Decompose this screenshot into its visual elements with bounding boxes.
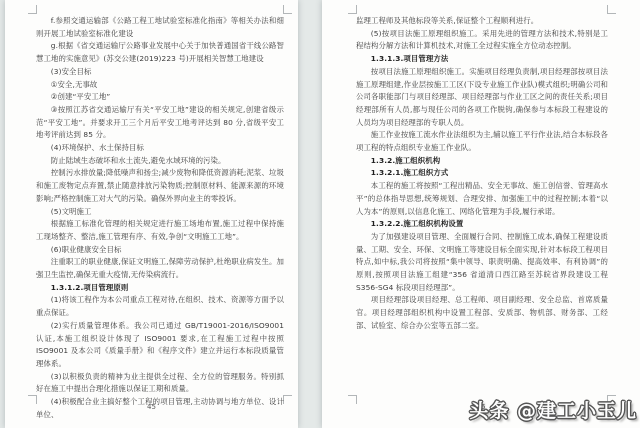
crop-mark-top-left xyxy=(348,5,357,14)
watermark-text: 头条 @建工小玉儿 xyxy=(469,396,637,423)
body-paragraph: (4)环境保护、水土保持目标 xyxy=(36,142,284,155)
body-paragraph: f.参照交通运输部《公路工程工地试验室标准化指南》等相关办法和细则开展工地试验室… xyxy=(36,15,284,40)
body-paragraph: 注重职工的职业健康,保证文明施工,保障劳动保护,杜绝职业病发生。加强卫生监控,确… xyxy=(36,256,284,281)
body-paragraph: g.根据《省交通运输厅公路事业发展中心关于加快普通国省干线公路智慧工地的实施意见… xyxy=(36,40,284,65)
body-paragraph: (5)按项目法施工原理组织施工。采用先进的管理方法和技术,特别是工程结构分解方法… xyxy=(356,28,608,53)
heading-paragraph: 1.3.1.3.项目管理方法 xyxy=(356,53,608,66)
body-paragraph: 监理工程师及其他标段等关系,保证整个工程顺利进行。 xyxy=(356,15,608,28)
body-paragraph: 为了加强建设项目管理、全面履行合同、控制施工成本,确保工程建设质量、工期、安全、… xyxy=(356,231,608,295)
body-paragraph: (3)安全目标 xyxy=(36,66,284,79)
crop-mark-top-right xyxy=(607,5,616,14)
document-page-46: 监理工程师及其他标段等关系,保证整个工程顺利进行。(5)按项目法施工原理组织施工… xyxy=(322,0,640,428)
body-paragraph: (3)以积极负责的精神为业主提供全过程、全方位的管理服务。特别抓好在施工中提出合… xyxy=(36,371,284,396)
body-paragraph: (2)实行质量管理体系。我公司已通过 GB/T19001-2016/ISO900… xyxy=(36,320,284,371)
body-paragraph: (6)职业健康安全目标 xyxy=(36,244,284,257)
page-number: 45 xyxy=(5,403,298,411)
body-paragraph: ①安全,无事故 xyxy=(36,79,284,92)
crop-mark-top-left xyxy=(28,5,37,14)
body-paragraph: 控制污水排放量;降低噪声和扬尘;减少废物和降低资源消耗;泥浆、垃圾和施工废物定点… xyxy=(36,167,284,205)
heading-paragraph: 1.3.2.1.施工组织方式 xyxy=(356,167,608,180)
heading-paragraph: 1.3.2.2.施工组织机构设置 xyxy=(356,218,608,231)
body-paragraph: 防止陆域生态破坏和水土流失,避免水域环境的污染。 xyxy=(36,155,284,168)
document-page-45: f.参照交通运输部《公路工程工地试验室标准化指南》等相关办法和细则开展工地试验室… xyxy=(5,0,298,428)
document-view: f.参照交通运输部《公路工程工地试验室标准化指南》等相关办法和细则开展工地试验室… xyxy=(0,0,640,428)
body-paragraph: ③按照江苏省交通运输厅有关“平安工地”建设的相关规定,创建省级示范“平安工地”。… xyxy=(36,104,284,142)
crop-mark-top-right xyxy=(283,5,292,14)
heading-paragraph: 1.3.2.施工组织机构 xyxy=(356,155,608,168)
body-paragraph: (5)文明施工 xyxy=(36,206,284,219)
body-paragraph: 本工程的施工将按照“工程出精品、安全无事故、施工创信誉、管理高水平”的总体指导思… xyxy=(356,180,608,218)
body-paragraph: 按项目法施工原理组织施工。实施项目经理负责制,项目经理部按项目法施工原理组建,作… xyxy=(356,66,608,130)
body-paragraph: 项目经理部设项目经理、总工程师、项目副经理、安全总监、首席质量官。项目经理部组织… xyxy=(356,294,608,332)
body-paragraph: 根据施工标准化管理的相关规定进行施工场地布置,施工过程中保持施工现场整齐、整洁,… xyxy=(36,218,284,243)
body-paragraph: 施工作业按施工流水作业法组织为主,辅以施工平行作业法,结合本标段各项工程的特点组… xyxy=(356,129,608,154)
page-text-body: f.参照交通运输部《公路工程工地试验室标准化指南》等相关办法和细则开展工地试验室… xyxy=(36,15,284,422)
heading-paragraph: 1.3.1.2.项目管理原则 xyxy=(36,282,284,295)
body-paragraph: (1)将该工程作为本公司重点工程对待,在组织、技术、资源等方面予以重点保证。 xyxy=(36,294,284,319)
page-text-body: 监理工程师及其他标段等关系,保证整个工程顺利进行。(5)按项目法施工原理组织施工… xyxy=(356,15,608,333)
body-paragraph: ②创建“平安工地” xyxy=(36,91,284,104)
